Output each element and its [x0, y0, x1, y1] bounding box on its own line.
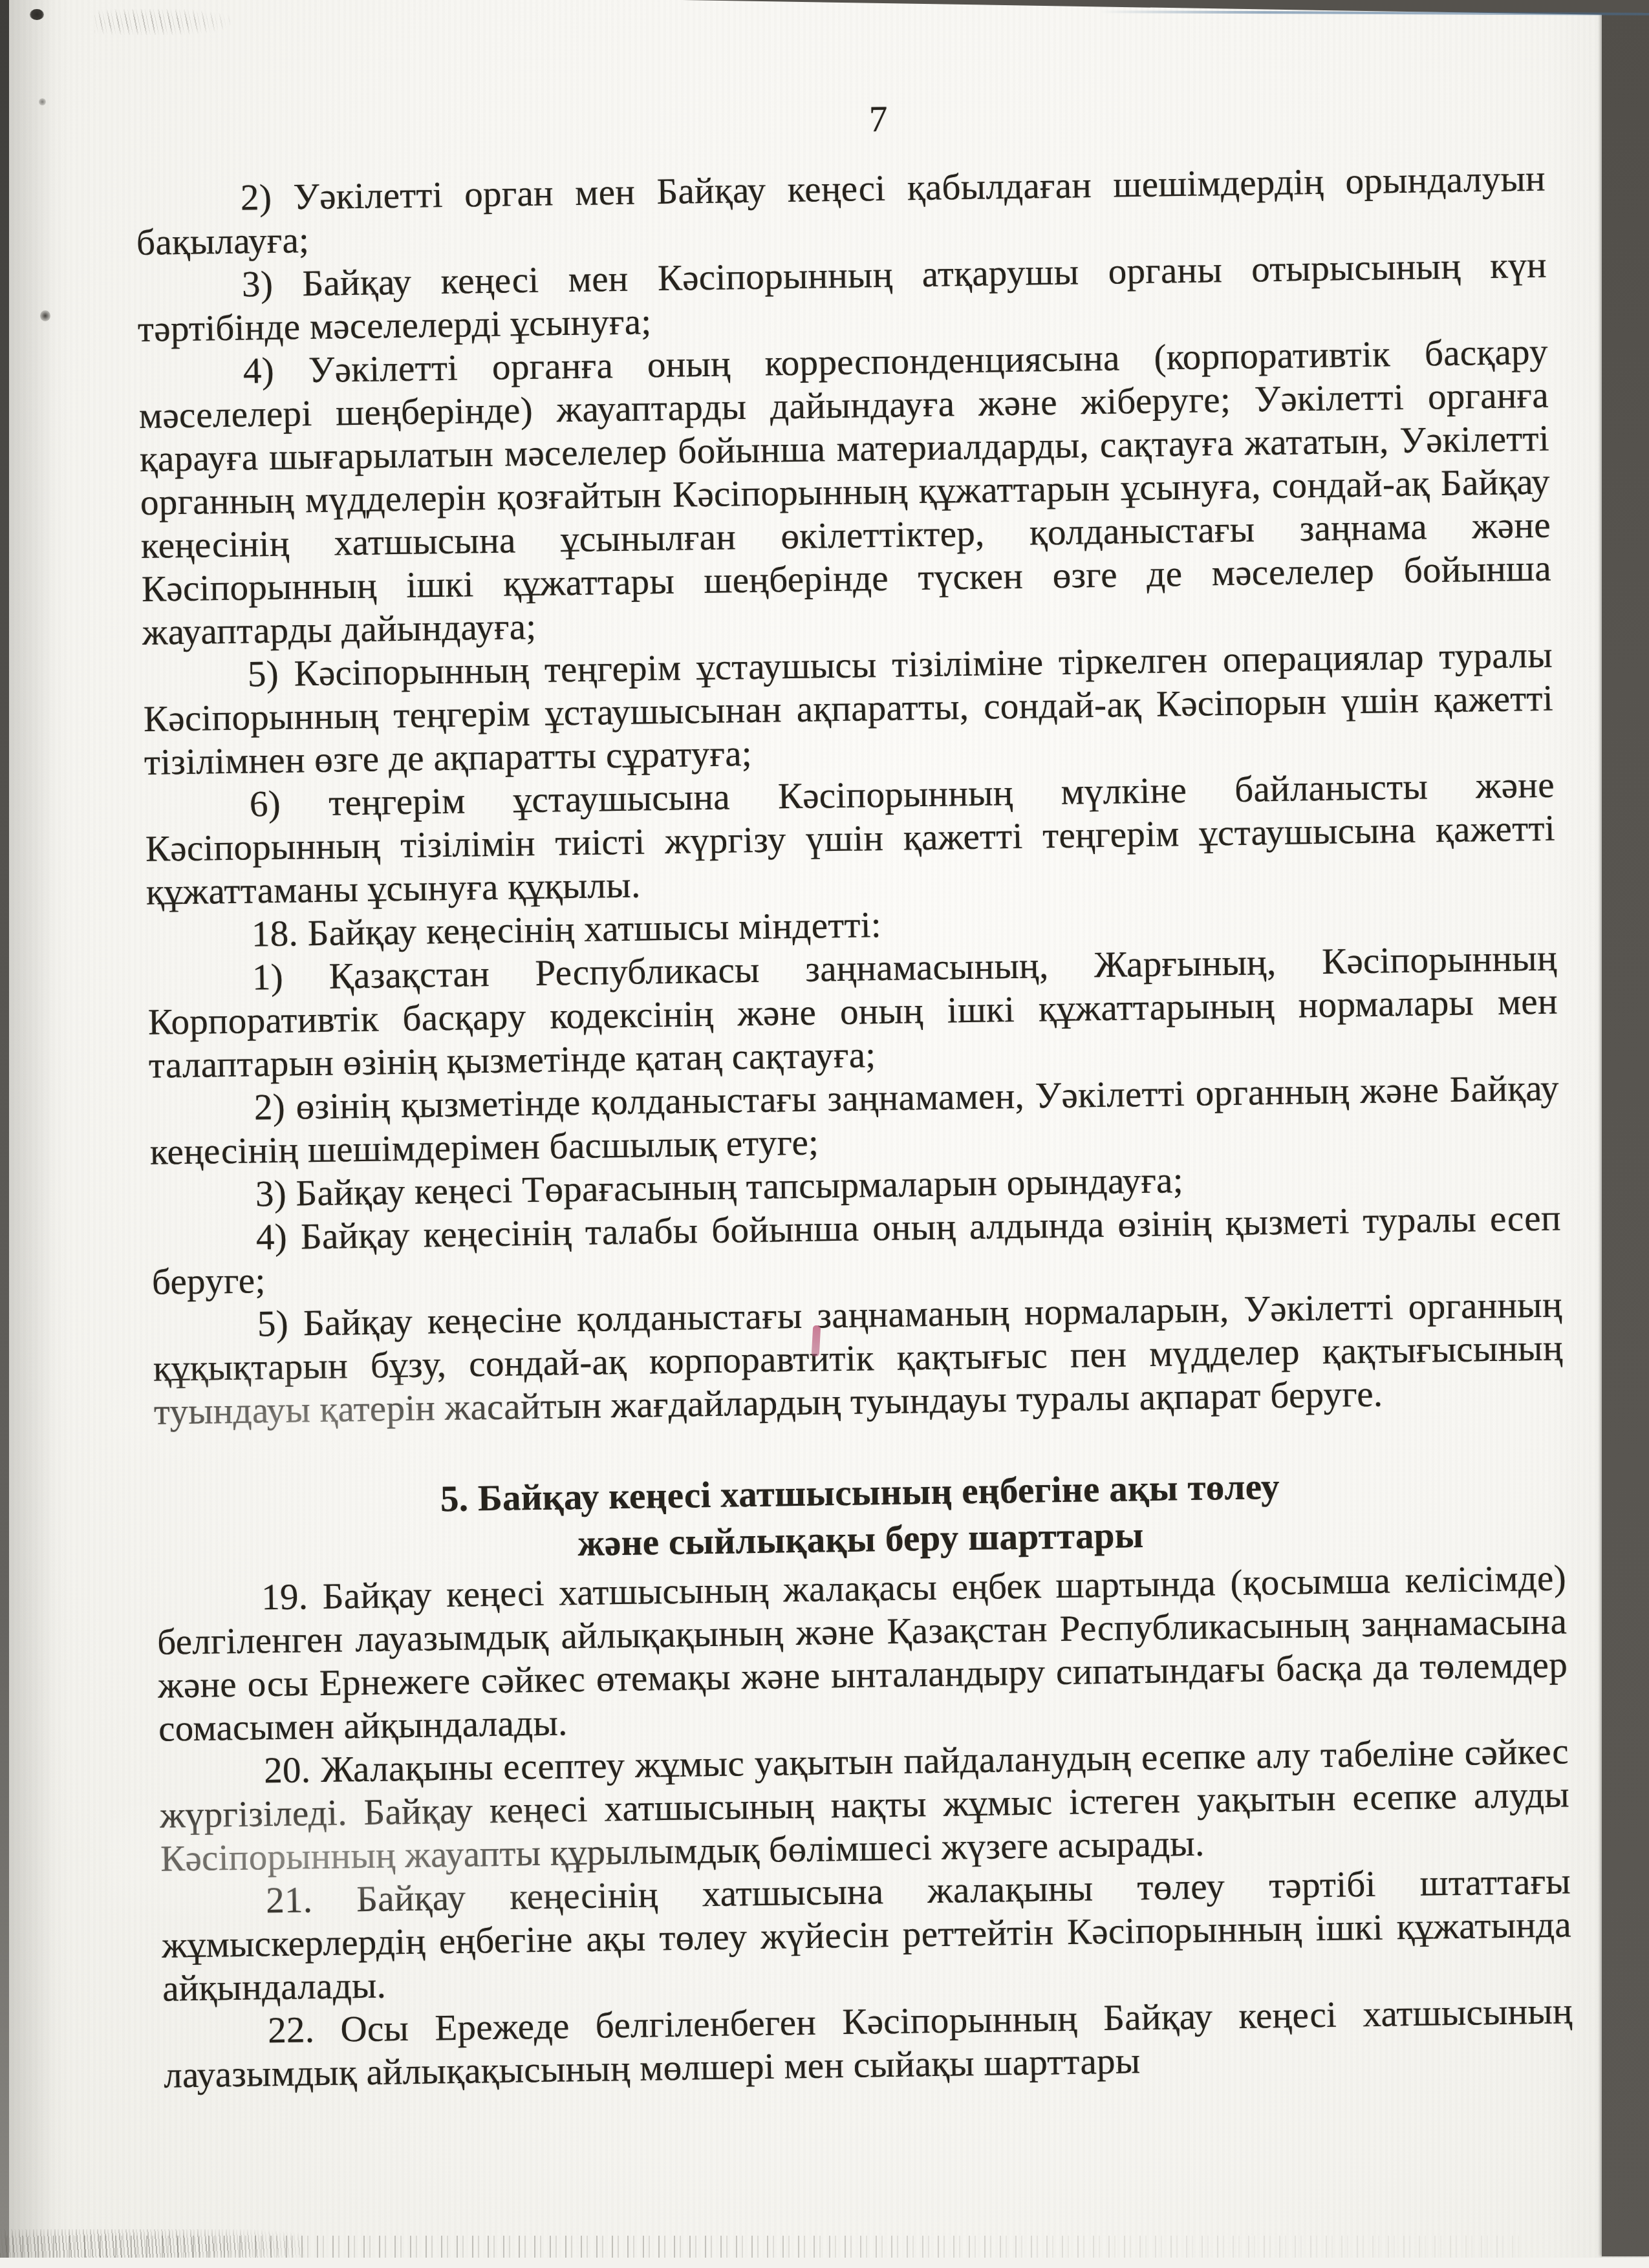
- top-left-dust-speckles: [94, 9, 230, 35]
- left-edge-shadow: [9, 0, 54, 2268]
- left-edge-scan-bar: [0, 0, 9, 2268]
- pink-correction-mark: [812, 1325, 821, 1357]
- paragraph-duty-1: 1) Қазақстан Республикасы заңнамасының, …: [147, 937, 1558, 1087]
- bottom-white-strip: [0, 2258, 1649, 2268]
- paragraph-item-4: 4) Уәкілетті органға оның корреспонденци…: [138, 330, 1553, 654]
- right-edge-scan-bar: [1602, 0, 1649, 2256]
- paragraph-duty-5: 5) Байқау кеңесіне қолданыстағы заңнаман…: [152, 1283, 1564, 1433]
- paragraph-item-5: 5) Кәсіпорынның теңгерім ұстаушысы тізіл…: [143, 634, 1555, 784]
- paragraph-clause-21: 21. Байқау кеңесінің хатшысына жалақыны …: [161, 1859, 1573, 2010]
- document-text-column: 7 2) Уәкілетті орган мен Байқау кеңесі қ…: [135, 88, 1573, 2097]
- paragraph-clause-19: 19. Байқау кеңесі хатшысының жалақасы ең…: [156, 1556, 1569, 1750]
- ink-spot: [39, 98, 46, 105]
- paragraph-item-6: 6) теңгерім ұстаушысына Кәсіпорынның мүл…: [145, 764, 1557, 914]
- section-heading: 5. Байқау кеңесі хатшысының еңбегіне ақы…: [155, 1459, 1566, 1573]
- ink-spot: [30, 9, 44, 20]
- paragraph-clause-20: 20. Жалақыны есептеу жұмыс уақытын пайда…: [159, 1729, 1571, 1880]
- ink-spot: [40, 310, 50, 321]
- scanned-document-page: { "doc": { "page_number": "7", "language…: [0, 0, 1649, 2268]
